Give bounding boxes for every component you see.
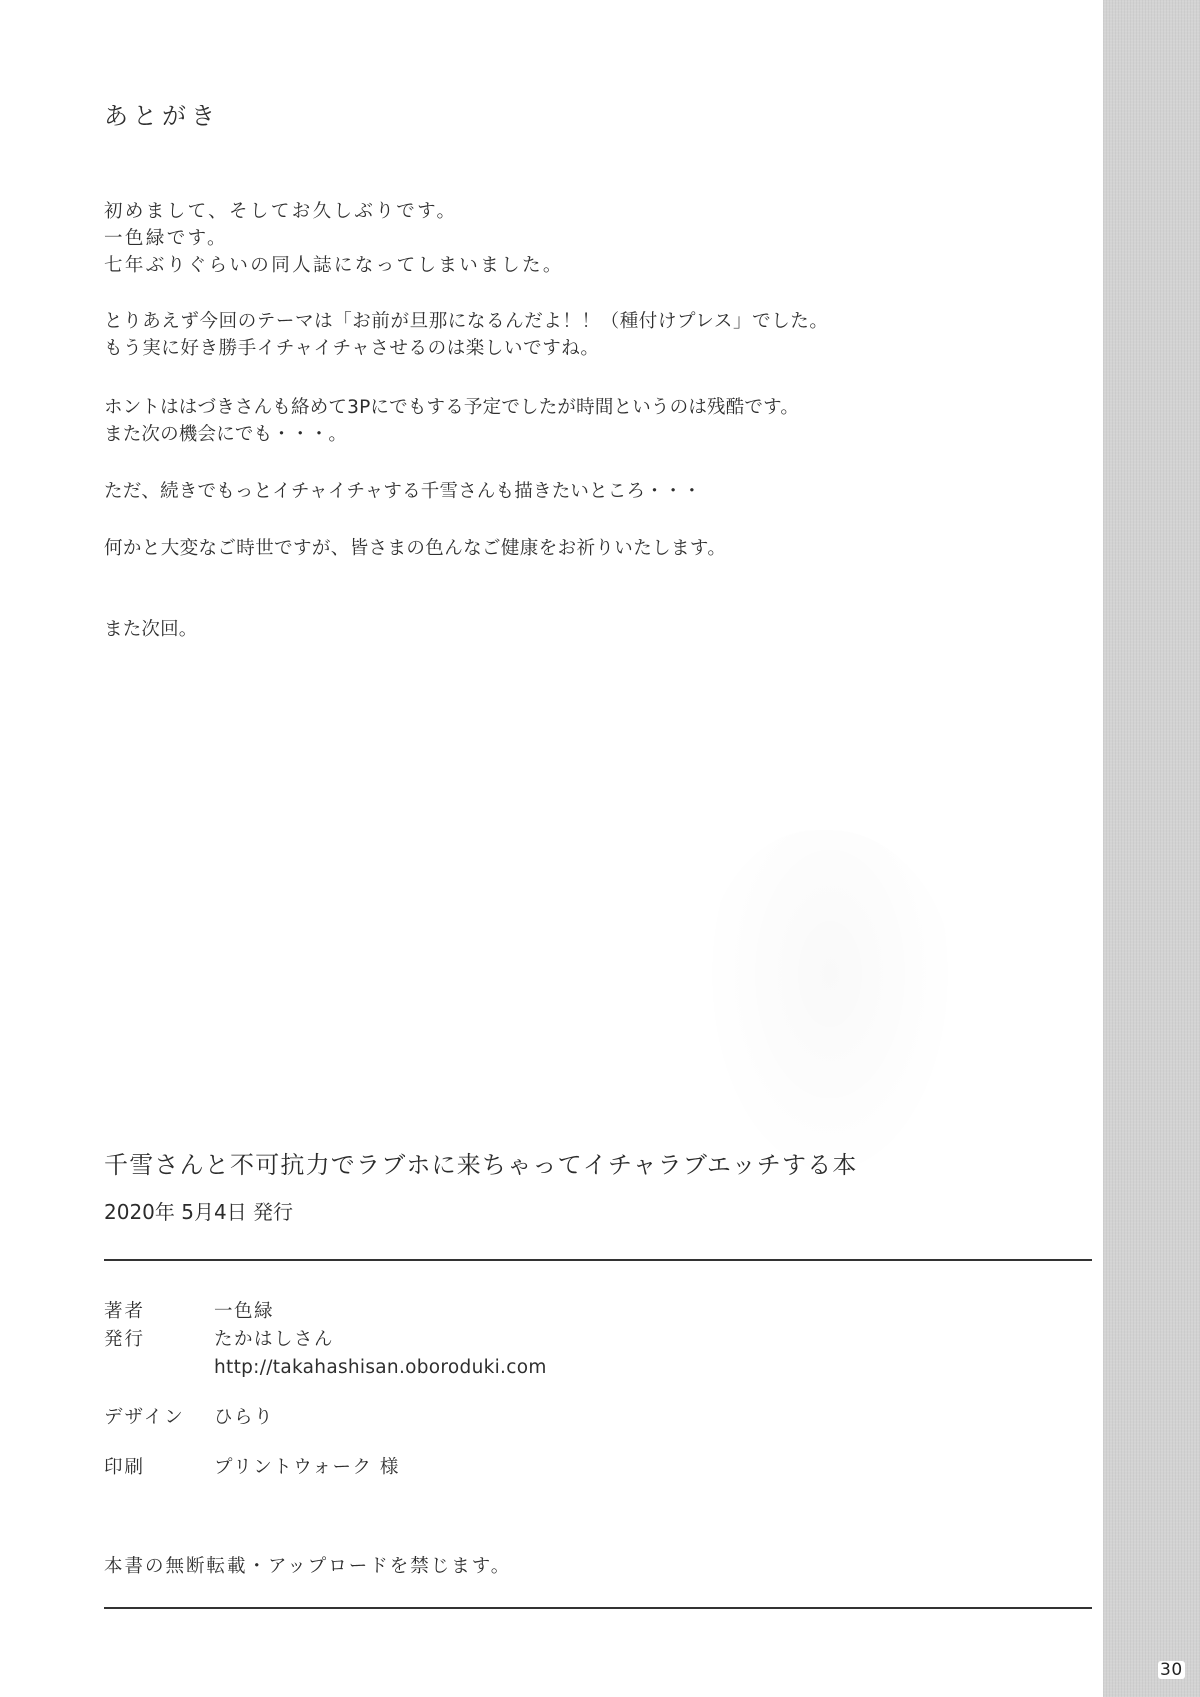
scanned-margin-strip (1103, 0, 1200, 1697)
credit-value: 一色緑 (214, 1298, 274, 1326)
afterword-paragraph-1: 初めまして、そしてお久しぶりです。 一色緑です。 七年ぶりぐらいの同人誌になって… (104, 198, 564, 279)
credit-row-design: デザイン ひらり (104, 1404, 1004, 1432)
divider-bottom (104, 1607, 1092, 1609)
credit-label: デザイン (104, 1404, 214, 1432)
credit-row-publisher: 発行 たかはしさん (104, 1326, 1004, 1354)
text-line: 何かと大変なご時世ですが、皆さまの色んなご健康をお祈りいたします。 (104, 535, 726, 562)
afterword-heading: あとがき (104, 96, 220, 131)
credit-label (104, 1354, 214, 1382)
credit-row-website: http://takahashisan.oboroduki.com (104, 1354, 1004, 1382)
document-page: あとがき 初めまして、そしてお久しぶりです。 一色緑です。 七年ぶりぐらいの同人… (0, 0, 1103, 1697)
text-line: とりあえず今回のテーマは「お前が旦那になるんだよ！！（種付けプレス」でした。 (104, 308, 829, 335)
credit-row-printing: 印刷 プリントウォーク 様 (104, 1454, 1004, 1482)
afterword-paragraph-2: とりあえず今回のテーマは「お前が旦那になるんだよ！！（種付けプレス」でした。 も… (104, 308, 829, 362)
faint-show-through-artwork (700, 830, 960, 1190)
credit-row-author: 著者 一色緑 (104, 1298, 1004, 1326)
afterword-paragraph-6: また次回。 (104, 616, 198, 643)
copyright-notice: 本書の無断転載・アップロードを禁じます。 (104, 1552, 511, 1578)
credit-label: 発行 (104, 1326, 214, 1354)
credit-label: 著者 (104, 1298, 214, 1326)
text-line: また次の機会にでも・・・。 (104, 421, 799, 448)
text-line: ホントははづきさんも絡めて3Pにでもする予定でしたが時間というのは残酷です。 (104, 394, 799, 421)
text-line: ただ、続きでもっとイチャイチャする千雪さんも描きたいところ・・・ (104, 478, 701, 505)
credit-label: 印刷 (104, 1454, 214, 1482)
credit-value: たかはしさん (214, 1326, 334, 1354)
divider-top (104, 1259, 1092, 1261)
book-title: 千雪さんと不可抗力でラブホに来ちゃってイチャラブエッチする本 (104, 1145, 858, 1180)
text-line: 初めまして、そしてお久しぶりです。 (104, 198, 564, 225)
text-line: 七年ぶりぐらいの同人誌になってしまいました。 (104, 252, 564, 279)
credit-value: プリントウォーク 様 (214, 1454, 400, 1482)
text-line: また次回。 (104, 616, 198, 643)
page-number: 30 (1158, 1661, 1185, 1679)
colophon-credits: 著者 一色緑 発行 たかはしさん http://takahashisan.obo… (104, 1298, 1004, 1482)
text-line: 一色緑です。 (104, 225, 564, 252)
issue-date: 2020年 5月4日 発行 (104, 1196, 293, 1225)
afterword-paragraph-3: ホントははづきさんも絡めて3Pにでもする予定でしたが時間というのは残酷です。 ま… (104, 394, 799, 448)
afterword-paragraph-5: 何かと大変なご時世ですが、皆さまの色んなご健康をお祈りいたします。 (104, 535, 726, 562)
publisher-url: http://takahashisan.oboroduki.com (214, 1354, 547, 1382)
credit-value: ひらり (214, 1404, 274, 1432)
afterword-paragraph-4: ただ、続きでもっとイチャイチャする千雪さんも描きたいところ・・・ (104, 478, 701, 505)
text-line: もう実に好き勝手イチャイチャさせるのは楽しいですね。 (104, 335, 829, 362)
